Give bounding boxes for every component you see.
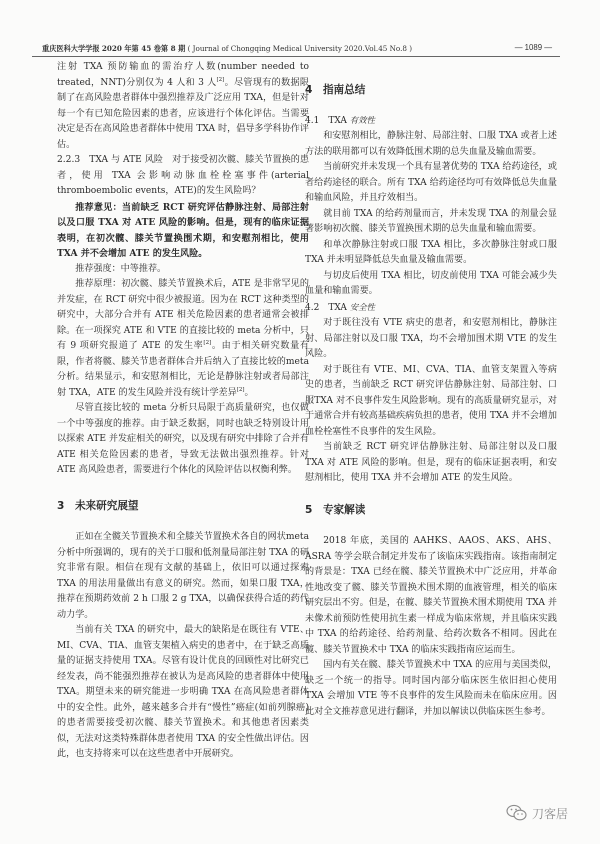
section-3-paragraph-1: 正如在全髋关节置换术和全膝关节置换术各自的网状meta 分析中所强调的，现有的关…	[57, 530, 309, 623]
section-4-1-paragraph-2: 当前研究并未发现一个具有显著优势的 TXA 给药途径，或者给药途径的联合。所有 …	[305, 160, 557, 207]
paragraph-meta-analysis: 尽管直接比较的 meta 分析只局限于高质量研究，也仅做一个中等强度的推荐。由于…	[57, 401, 309, 479]
section-4-1-paragraph-4: 和单次静脉注射或口服 TXA 相比，多次静脉注射或口服 TXA 并未明显降低总失…	[305, 238, 557, 269]
section-4-1-heading: 4.1 TXA 有效性	[305, 113, 557, 130]
section-4-1-paragraph-5: 与切皮后使用 TXA 相比，切皮前使用 TXA 可能会减少失血量和输血需要。	[305, 269, 557, 300]
section-3-heading: 3 未来研究展望	[57, 499, 309, 515]
page-number: — 1089 —	[515, 43, 552, 52]
running-header: 重庆医科大学学报 2020 年第 45 卷第 8 期 ( Journal of …	[32, 42, 560, 57]
section-5-paragraph-1: 2018 年底，美国的 AAHKS、AAOS、AKS、AHS、ASRA 等学会联…	[305, 534, 557, 658]
section-3-paragraph-2: 当前有关 TXA 的研究中，最大的缺陷是在既往有 VTE、MI、CVA、TIA、…	[57, 623, 309, 763]
section-5-heading: 5 专家解读	[305, 503, 557, 519]
rationale: 推荐原理：初次髋、膝关节置换术后，ATE 是非常罕见的并发症，在 RCT 研究中…	[57, 277, 309, 401]
wechat-icon	[506, 804, 528, 822]
journal-title: 重庆医科大学学报 2020 年第 45 卷第 8 期 ( Journal of …	[42, 44, 412, 54]
journal-name-en: ( Journal of Chongqing Medical Universit…	[188, 44, 412, 53]
journal-issue-cn: 2020 年第 45 卷第 8 期	[102, 44, 185, 53]
recommendation: 推荐意见：当前缺乏 RCT 研究评估静脉注射、局部注射以及口服 TXA 对 AT…	[57, 200, 309, 262]
paragraph-nnt: 注射 TXA 预防输血的需治疗人数(number needed to treat…	[57, 60, 309, 153]
left-column: 注射 TXA 预防输血的需治疗人数(number needed to treat…	[57, 60, 309, 763]
section-2-2-3-heading: 2.2.3 TXA 与 ATE 风险	[57, 155, 163, 165]
watermark: 刀客居	[506, 803, 568, 823]
section-4-heading: 4 指南总结	[305, 83, 557, 99]
section-4-1-paragraph-1: 和安慰剂相比，静脉注射、局部注射、口服 TXA 或者上述方法的联用都可以有效降低…	[305, 129, 557, 160]
recommendation-strength: 推荐强度：中等推荐。	[57, 262, 309, 278]
section-4-2-paragraph-3: 当前缺乏 RCT 研究评估静脉注射、局部注射以及口服 TXA 对 ATE 风险的…	[305, 440, 557, 487]
section-4-2-paragraph-1: 对于既往没有 VTE 病史的患者，和安慰剂相比，静脉注射、局部注射以及口服 TX…	[305, 316, 557, 363]
section-5-paragraph-2: 国内有关在髋、膝关节置换术中 TXA 的应用与美国类似，缺乏一个统一的指导。同时…	[305, 658, 557, 720]
section-4-1-paragraph-3: 就目前 TXA 的给药剂量而言，并未发现 TXA 的剂量会显著影响初次髋、膝关节…	[305, 207, 557, 238]
section-4-2-heading: 4.2 TXA 安全性	[305, 300, 557, 317]
right-column: 4 指南总结 4.1 TXA 有效性 和安慰剂相比，静脉注射、局部注射、口服 T…	[305, 60, 557, 720]
section-4-2-paragraph-2: 对于既往有 VTE、MI、CVA、TIA、血管支架置入等病史的患者，当前缺乏 R…	[305, 363, 557, 441]
section-2-2-3: 2.2.3 TXA 与 ATE 风险 对于接受初次髋、膝关节置换的患者，使用 T…	[57, 153, 309, 200]
journal-name-cn: 重庆医科大学学报	[42, 44, 100, 53]
watermark-label: 刀客居	[532, 805, 568, 822]
citation: [2]	[237, 386, 245, 392]
